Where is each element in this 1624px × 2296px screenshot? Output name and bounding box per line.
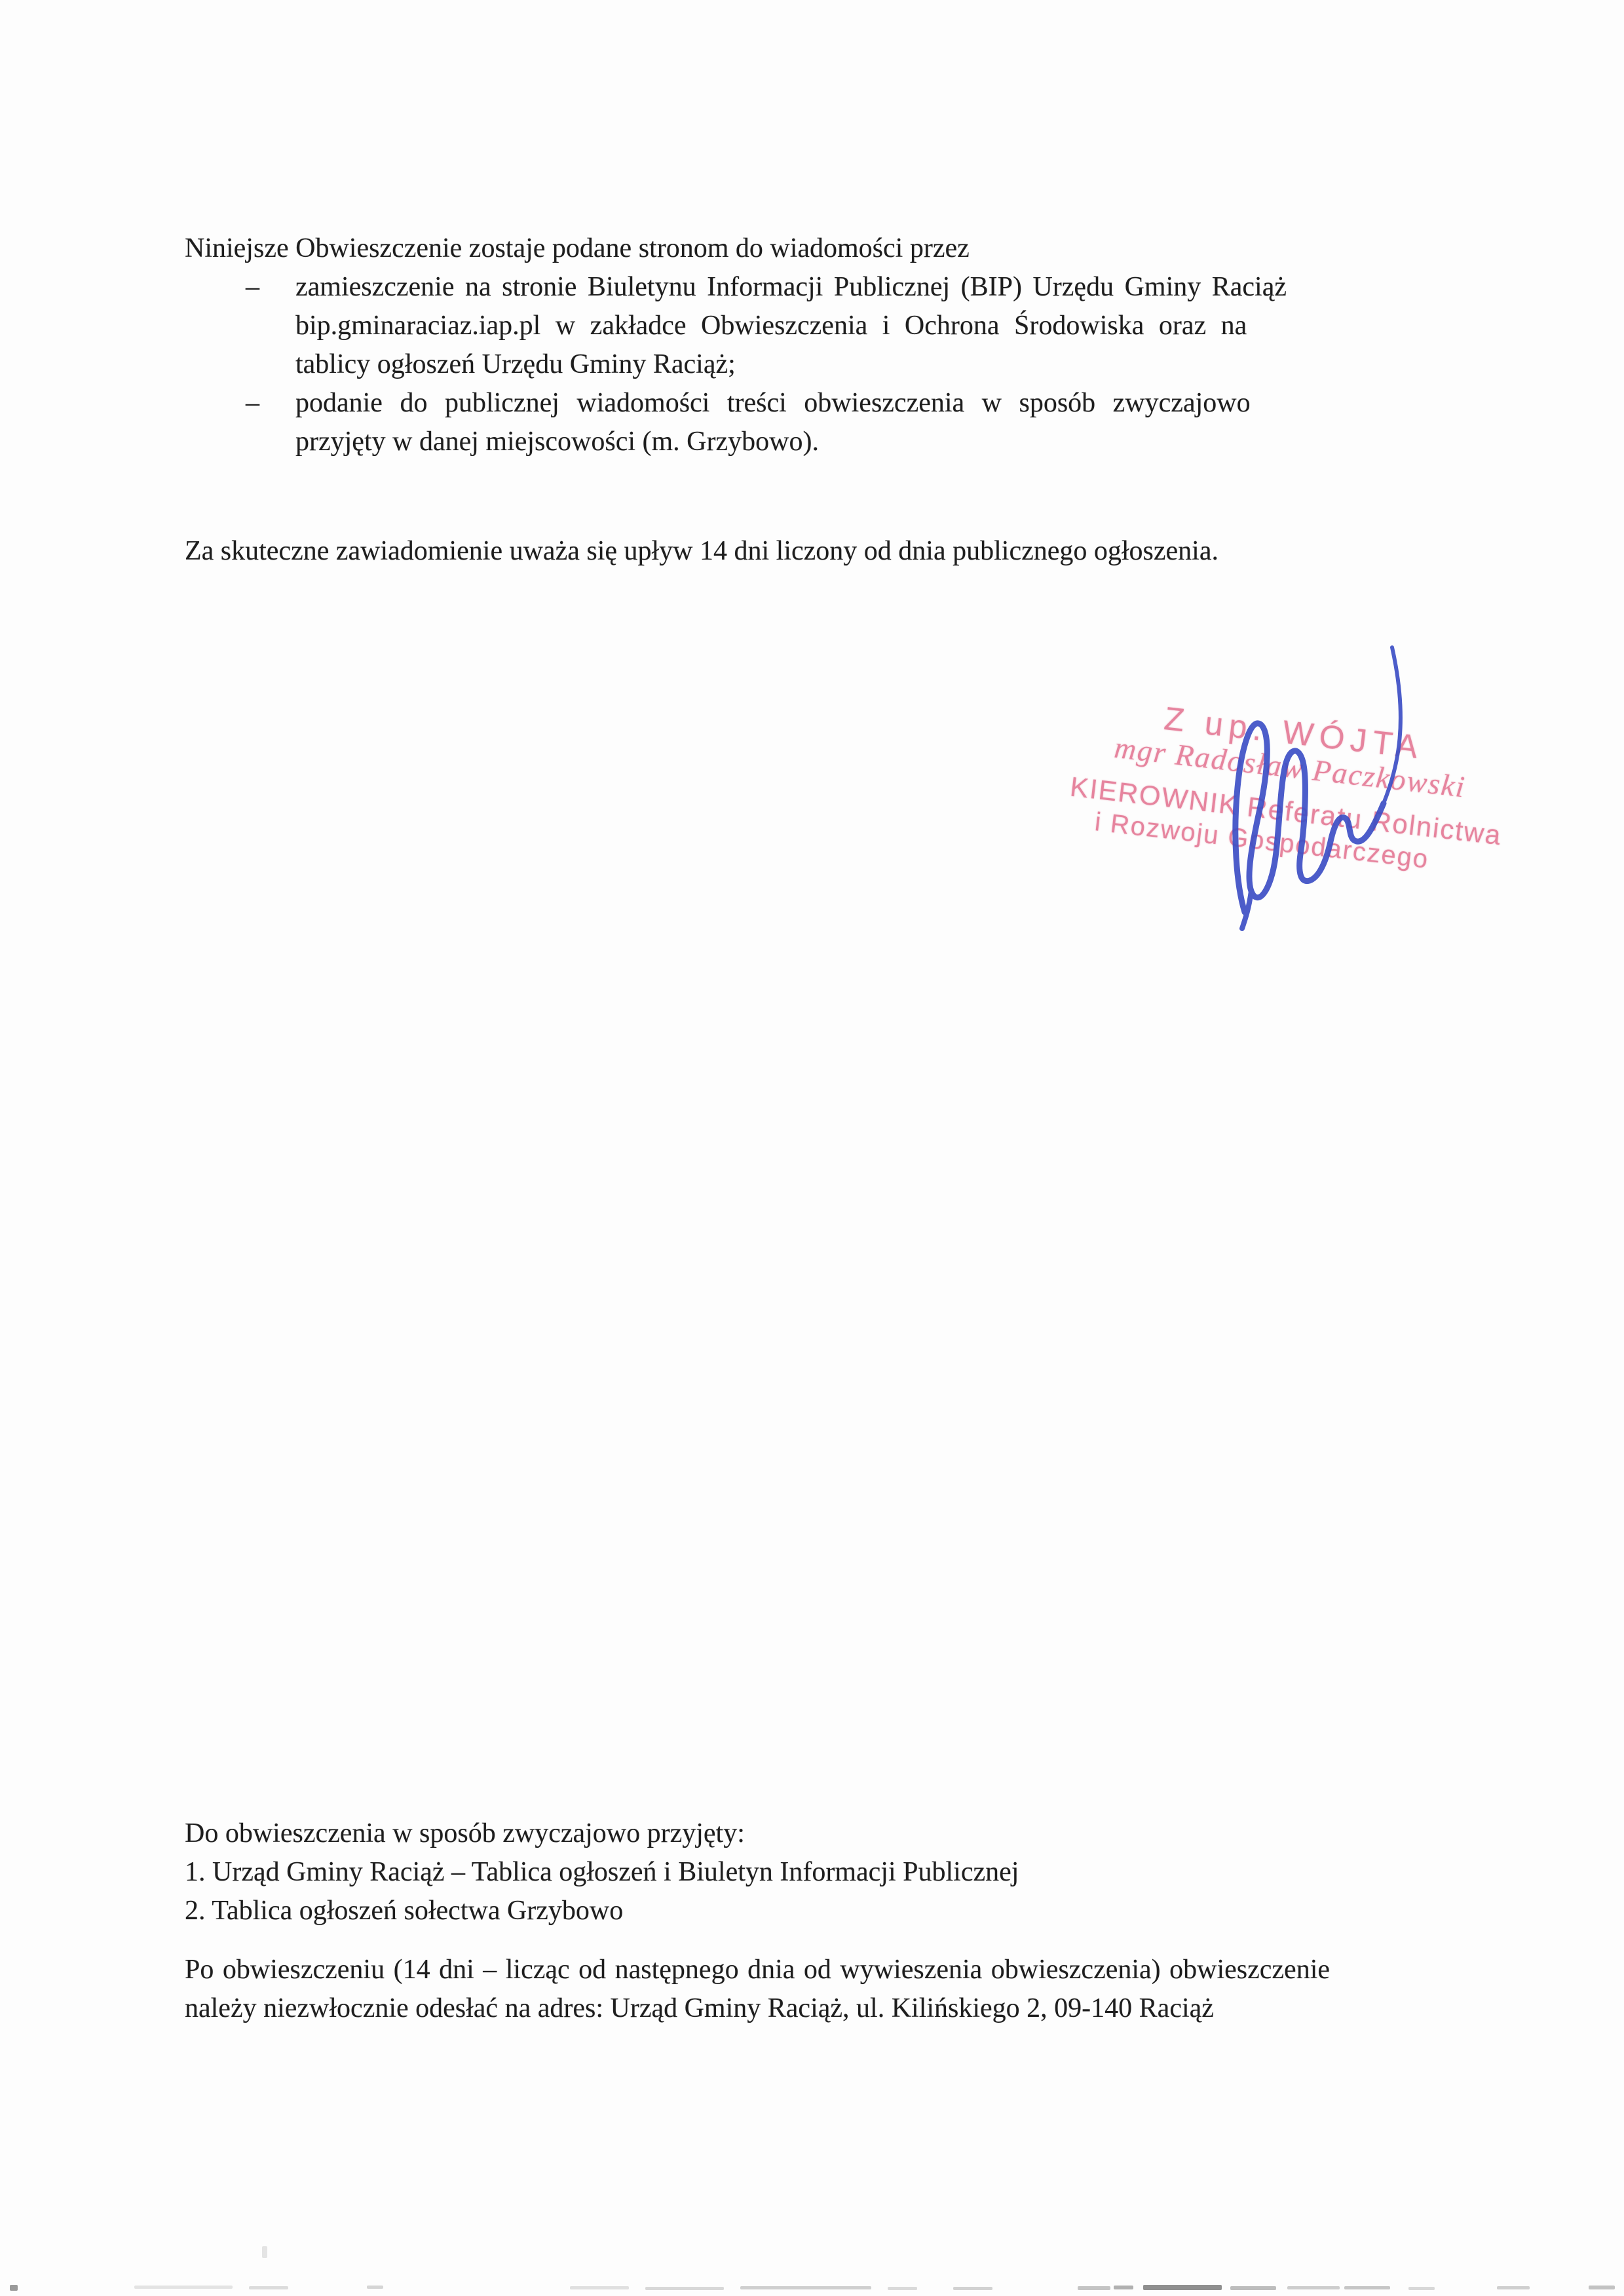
posting-item1-line: 1. Urząd Gminy Raciąż – Tablica ogłoszeń… [185, 1853, 1019, 1892]
signature-ink-icon [1042, 609, 1448, 989]
scan-artifact [1497, 2286, 1530, 2289]
posting-header-line: Do obwieszczenia w sposób zwyczajowo prz… [185, 1814, 1019, 1853]
return-instruction-line2: należy niezwłocznie odesłać na adres: Ur… [185, 1989, 1330, 2028]
return-instruction-block: Po obwieszczeniu (14 dni – licząc od nas… [185, 1951, 1330, 2028]
scan-artifact [1078, 2286, 1110, 2290]
scan-artifact [1408, 2287, 1435, 2290]
bullet-dash: – [246, 268, 259, 307]
scan-artifact [1143, 2285, 1222, 2290]
notice-bullet2-line2: przyjęty w danej miejscowości (m. Grzybo… [185, 423, 1287, 461]
notice-bullet2-line1: –podanie do publicznej wiadomości treści… [185, 384, 1287, 423]
scan-artifact [740, 2286, 871, 2289]
scan-artifact [10, 2285, 18, 2291]
scan-artifact [249, 2286, 288, 2289]
scan-artifact [1114, 2286, 1133, 2289]
notice-bullet1-line1-text: zamieszczenie na stronie Biuletynu Infor… [295, 272, 1287, 302]
notice-bullet1-line2: bip.gminaraciaz.iap.pl w zakładce Obwies… [185, 307, 1287, 345]
posting-places-block: Do obwieszczenia w sposób zwyczajowo prz… [185, 1814, 1019, 1930]
posting-item2-line: 2. Tablica ogłoszeń sołectwa Grzybowo [185, 1892, 1019, 1930]
scan-artifact [953, 2287, 992, 2290]
scan-artifact [1230, 2286, 1276, 2290]
handwritten-signature [1042, 609, 1448, 989]
notice-paragraph: Niniejsze Obwieszczenie zostaje podane s… [185, 229, 1287, 461]
scan-artifact [1344, 2286, 1390, 2289]
notice-bullet1-line1: –zamieszczenie na stronie Biuletynu Info… [185, 268, 1287, 307]
notice-bullet2-line1-text: podanie do publicznej wiadomości treści … [295, 388, 1251, 418]
scan-artifact [645, 2287, 724, 2290]
return-instruction-line1: Po obwieszczeniu (14 dni – licząc od nas… [185, 1951, 1330, 1989]
scanned-letter-page: Niniejsze Obwieszczenie zostaje podane s… [0, 0, 1624, 2296]
document-page: { "document": { "notice": { "intro": "Ni… [0, 0, 1624, 2296]
scan-artifact [1287, 2286, 1340, 2289]
scan-artifact [134, 2286, 233, 2289]
scan-artifact [367, 2286, 383, 2289]
effective-notice-line: Za skuteczne zawiadomienie uważa się upł… [185, 532, 1218, 571]
notice-bullet1-line3: tablicy ogłoszeń Urzędu Gminy Raciąż; [185, 345, 1287, 384]
scan-artifact [570, 2286, 629, 2289]
scan-artifact [888, 2287, 917, 2290]
scan-artifact [262, 2246, 267, 2258]
notice-intro-line: Niniejsze Obwieszczenie zostaje podane s… [185, 229, 1287, 268]
bullet-dash: – [246, 384, 259, 423]
effective-notice-paragraph: Za skuteczne zawiadomienie uważa się upł… [185, 532, 1218, 571]
scan-artifact [1589, 2286, 1615, 2289]
